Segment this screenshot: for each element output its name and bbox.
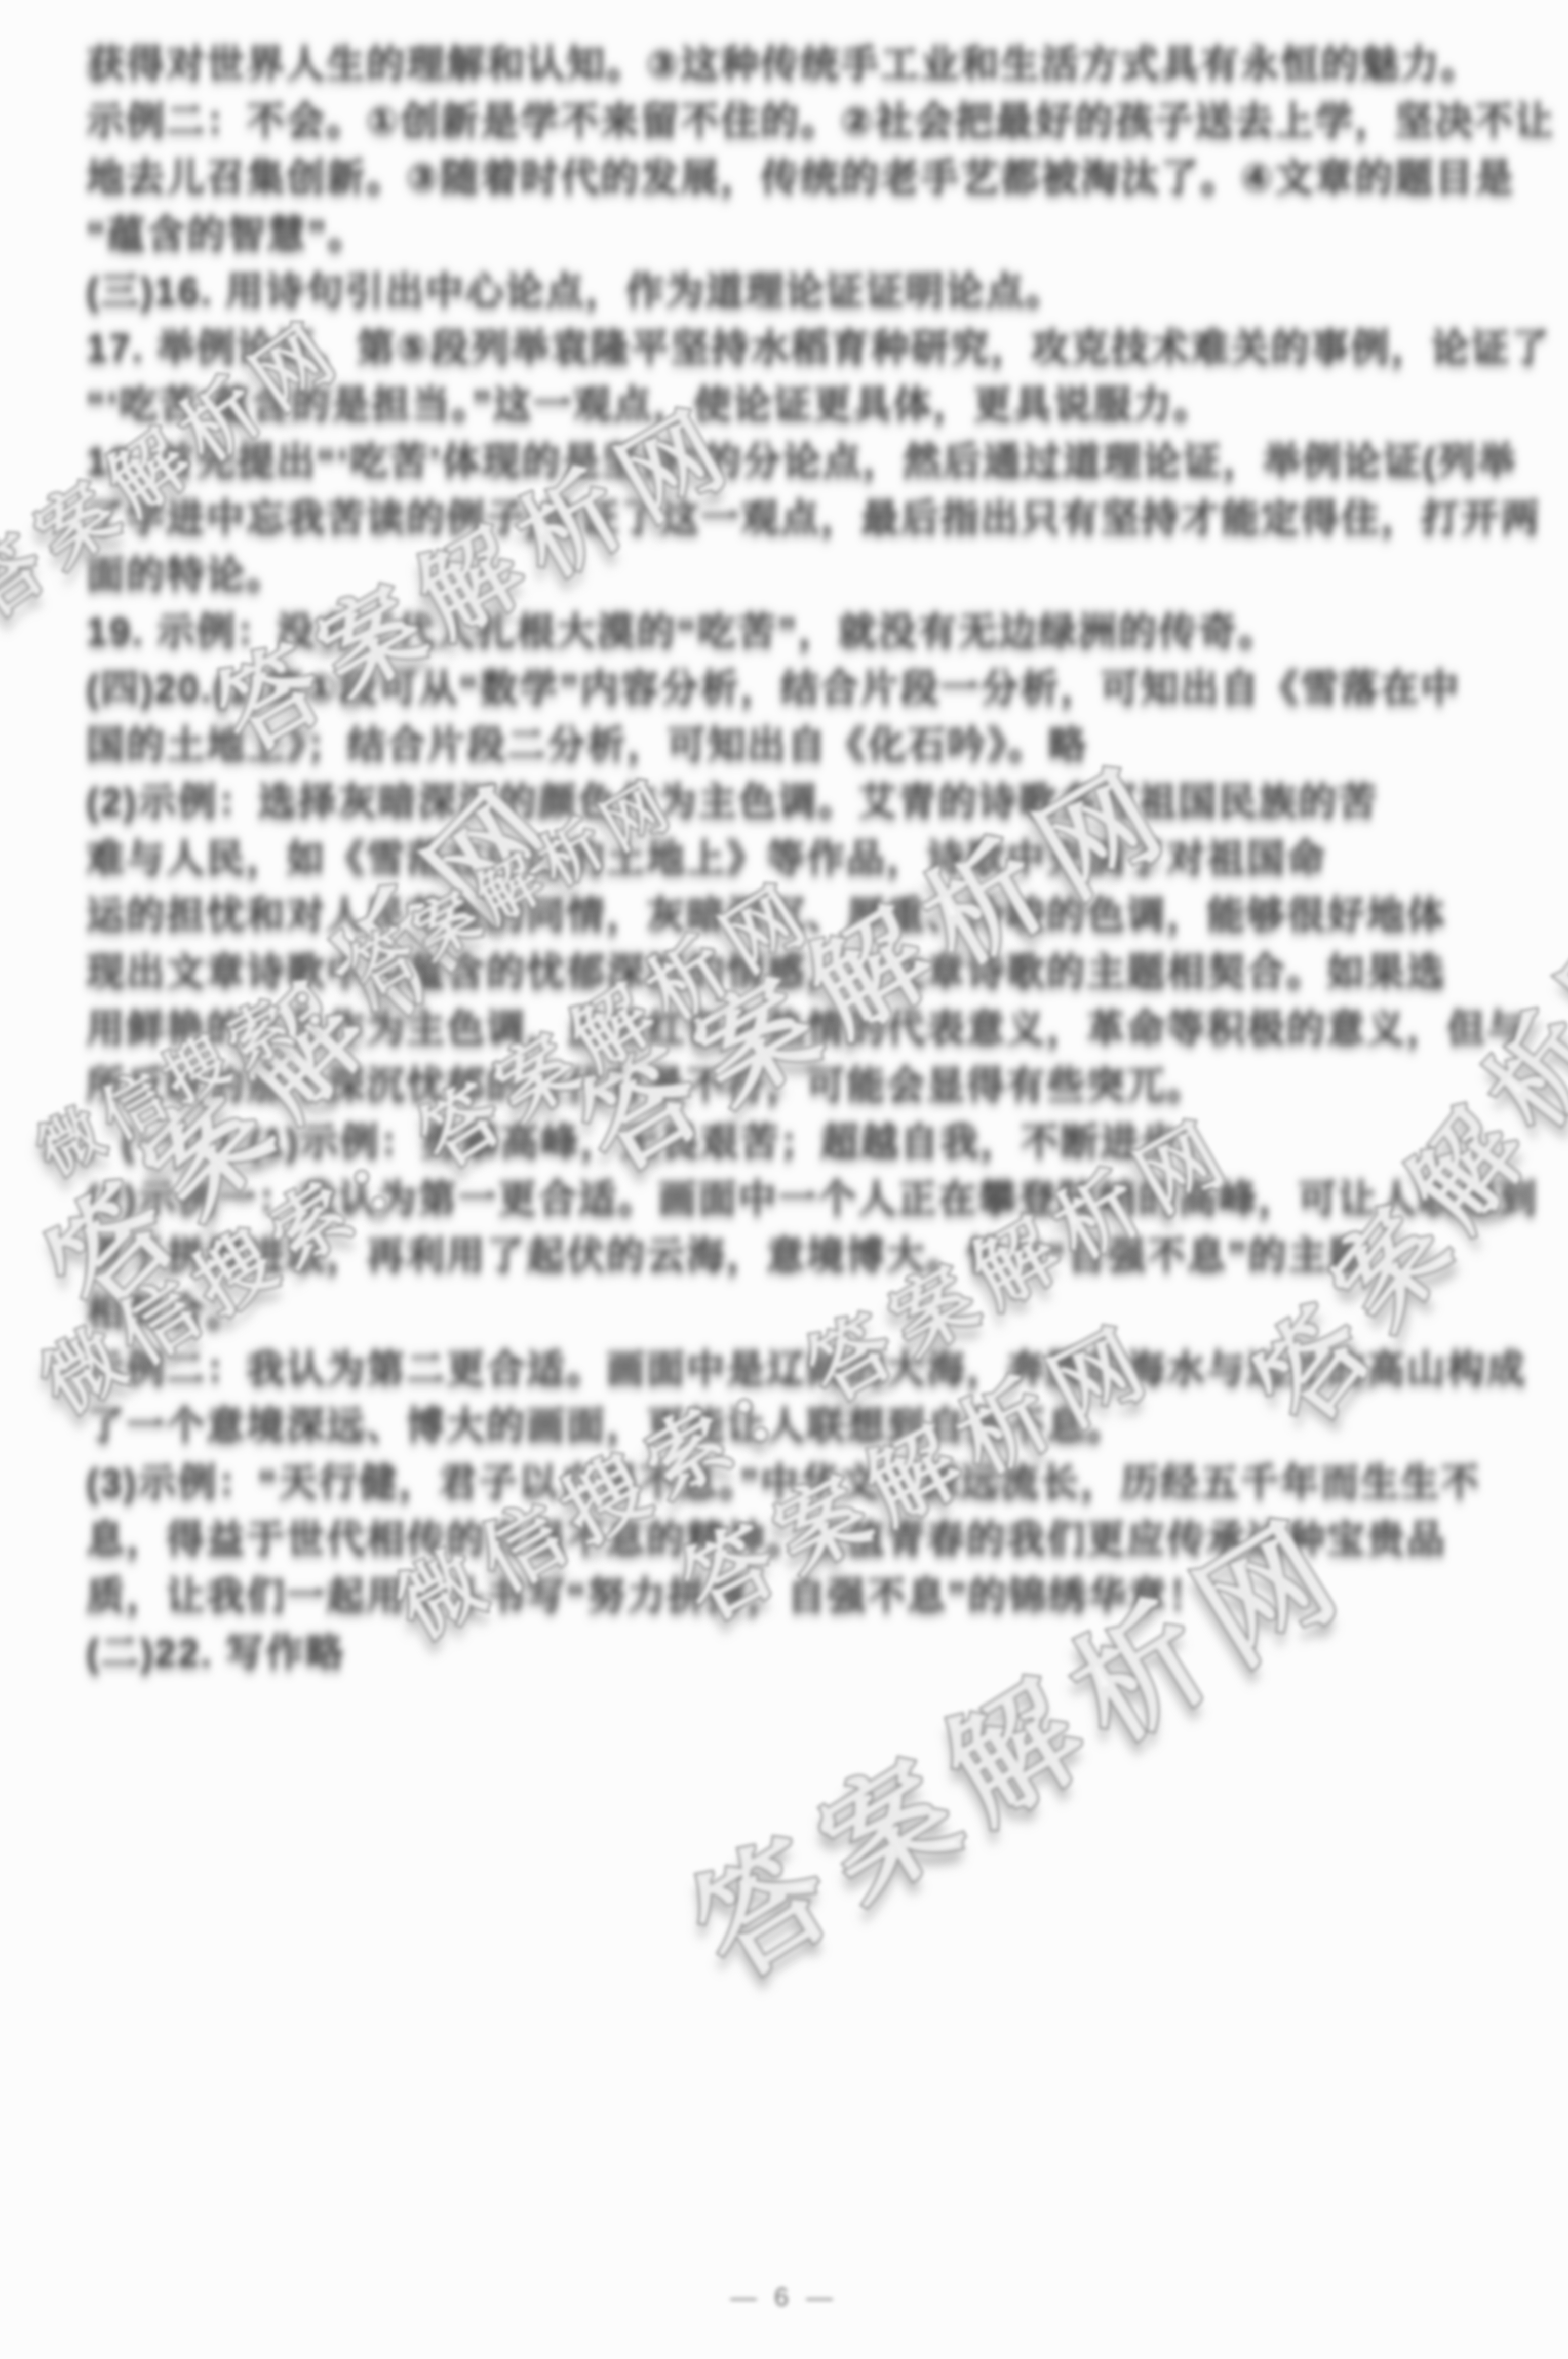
page-number: — 6 —	[0, 2282, 1568, 2312]
text-line: 难与人民，如《雪落在中国的土地上》等作品，诗歌中充满了对祖国命	[86, 831, 1519, 887]
text-line: 地去儿召集创新。③随着时代的发展，传统的老手艺都被淘汰了。④文章的题目是	[86, 150, 1519, 207]
scanned-document-page: 获得对世界人生的理解和认知。③这种传统手工业和生活方式具有永恒的魅力。 示例二：…	[0, 0, 1568, 2359]
text-line: 示例二：不会。①创新是学不来留不住的。②社会把最好的孩子送去上学，坚决不让	[86, 93, 1519, 150]
text-line: 18. 首先提出“‘吃苦’体现的是坚持”的分论点，然后通过道理论证，举例论证(列…	[86, 434, 1519, 490]
text-line: 获得对世界人生的理解和认知。③这种传统手工业和生活方式具有永恒的魅力。	[86, 36, 1519, 93]
text-line: 了学进中忘我苦读的例子)论证了这一观点，最后指出只有坚持才能定得住，打开两	[86, 490, 1519, 547]
text-line: “蕴含的智慧”。	[86, 207, 1519, 263]
text-line: (2)示例：选择灰暗深沉的颜色作为主色调。艾青的诗歌多写祖国民族的苦	[86, 774, 1519, 831]
